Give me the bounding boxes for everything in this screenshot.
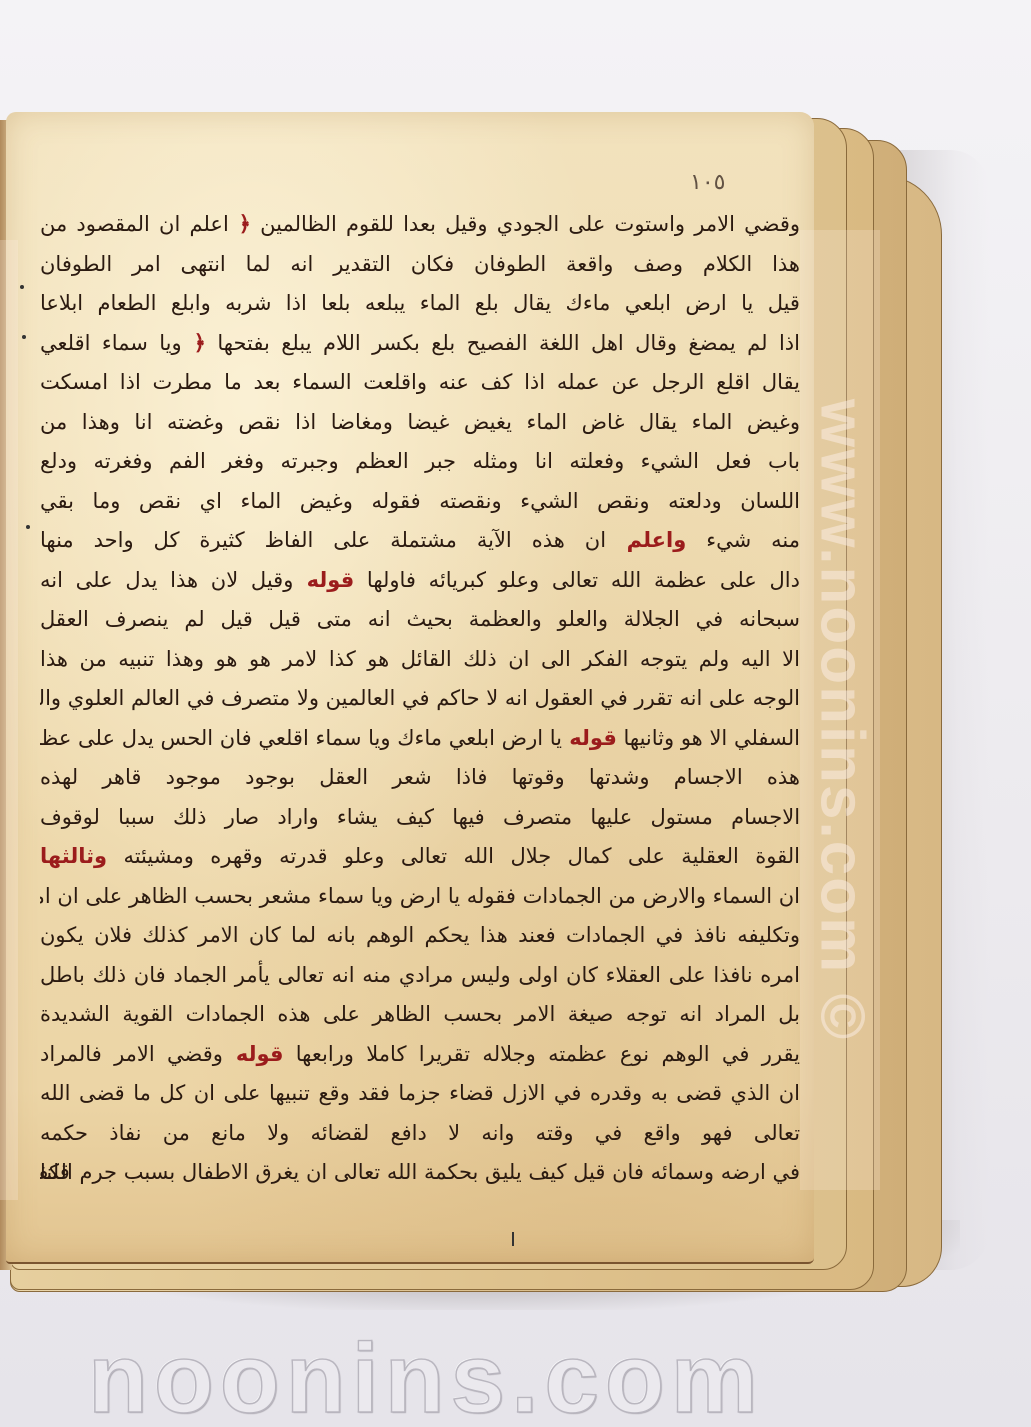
- text-line: وقضي الامر واستوت على الجودي وقيل بعدا ل…: [40, 205, 800, 245]
- text-line: سبحانه في الجلالة والعلو والعظمة بحيث ان…: [40, 600, 800, 640]
- text-line: بل المراد انه توجه صيغة الامر بحسب الظاه…: [40, 995, 800, 1035]
- text-line: منه شيء واعلم ان هذه الآية مشتملة على ال…: [40, 521, 800, 561]
- text-line: القوة العقلية على كمال جلال الله تعالى و…: [40, 837, 800, 877]
- catchword: قلنا: [40, 1160, 70, 1184]
- text-line: اذا لم يمضغ وقال اهل اللغة الفصيح بلع بك…: [40, 324, 800, 364]
- text-line: اللسان ودلعته ونقص الشيء ونقصته فقوله وغ…: [40, 482, 800, 522]
- text-line: تعالى فهو واقع في وقته وانه لا دافع لقضا…: [40, 1114, 800, 1154]
- vertical-watermark: www.noonins.com ©: [807, 399, 878, 1041]
- text-line: هذا الكلام وصف واقعة الطوفان فكان التقدي…: [40, 245, 800, 285]
- manuscript-text: وقضي الامر واستوت على الجودي وقيل بعدا ل…: [40, 205, 800, 1193]
- bottom-watermark: noonins.com: [88, 1322, 764, 1427]
- text-line: في ارضه وسمائه فان قيل كيف يليق بحكمة ال…: [40, 1153, 800, 1193]
- text-line: الاجسام مستول عليها متصرف فيها كيف يشاء …: [40, 798, 800, 838]
- text-line: ان السماء والارض من الجمادات فقوله يا ار…: [40, 877, 800, 917]
- text-line: هذه الاجسام وشدتها وقوتها فاذا شعر العقل…: [40, 758, 800, 798]
- text-line: ان الذي قضى به وقدره في الازل قضاء جزما …: [40, 1074, 800, 1114]
- text-line: الوجه على انه تقرر في العقول انه لا حاكم…: [40, 679, 800, 719]
- text-line: الا اليه ولم يتوجه الفكر الى ان ذلك القا…: [40, 640, 800, 680]
- text-line: وتكليفه نافذ في الجمادات فعند هذا يحكم ا…: [40, 916, 800, 956]
- text-line: باب فعل الشيء وفعلته انا ومثله جبر العظم…: [40, 442, 800, 482]
- text-line: يقرر في الوهم نوع عظمته وجلاله تقريرا كا…: [40, 1035, 800, 1075]
- text-line: يقال اقلع الرجل عن عمله اذا كف عنه واقلع…: [40, 363, 800, 403]
- text-line: السفلي الا هو وثانيها قوله يا ارض ابلعي …: [40, 719, 800, 759]
- folio-number: ١٠٥: [690, 170, 725, 195]
- text-line: وغيض الماء يقال غاض الماء يغيض غيضا ومغا…: [40, 403, 800, 443]
- text-line: دال على عظمة الله تعالى وعلو كبريائه فاو…: [40, 561, 800, 601]
- text-line: قيل يا ارض ابلعي ماءك يقال بلع الماء يبل…: [40, 284, 800, 324]
- text-line: امره نافذا على العقلاء كان اولى وليس مرا…: [40, 956, 800, 996]
- margin-marks: [20, 285, 28, 535]
- bottom-mark: [512, 1232, 514, 1246]
- left-watermark-band: [0, 240, 18, 1200]
